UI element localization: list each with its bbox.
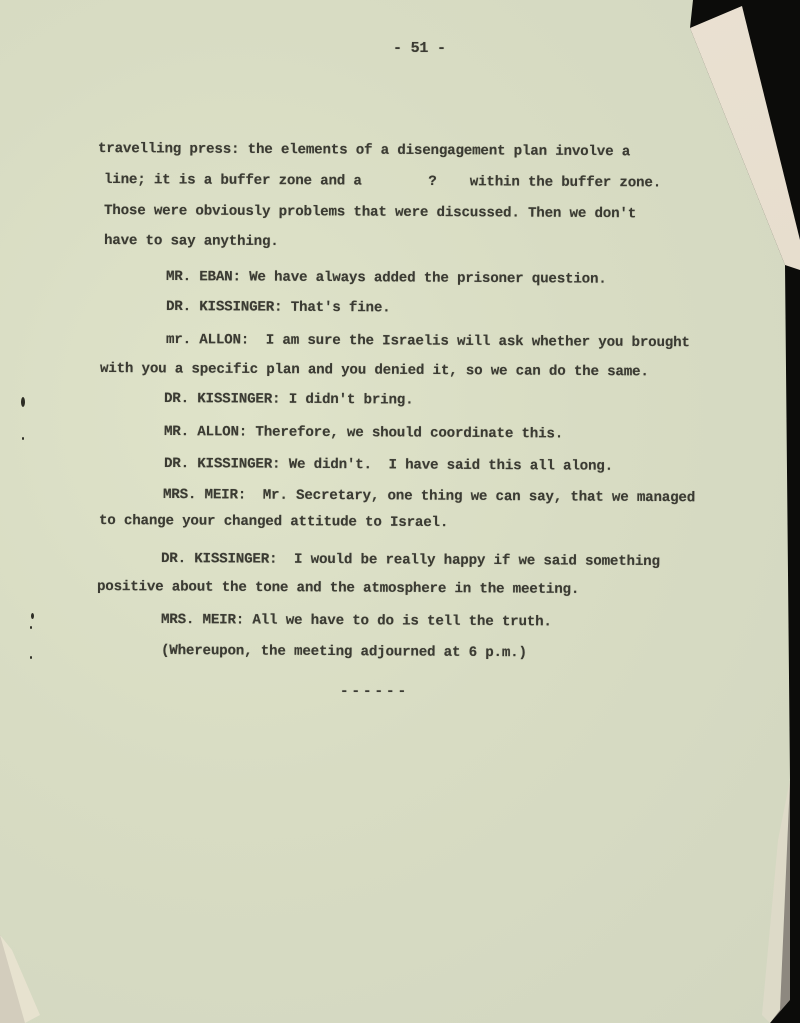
text-line: mr. ALLON: I am sure the Israelis will a… bbox=[166, 332, 690, 351]
margin-mark bbox=[30, 656, 32, 659]
text-line: line; it is a buffer zone and a ? within… bbox=[104, 172, 661, 191]
margin-mark bbox=[22, 437, 24, 440]
page-number: - 51 - bbox=[393, 40, 446, 57]
text-line: DR. KISSINGER: We didn't. I have said th… bbox=[164, 456, 613, 475]
text-line: positive about the tone and the atmosphe… bbox=[97, 579, 579, 598]
margin-mark bbox=[21, 397, 25, 407]
text-line: travelling press: the elements of a dise… bbox=[98, 141, 630, 160]
text-line: DR. KISSINGER: I didn't bring. bbox=[164, 391, 414, 409]
text-line: DR. KISSINGER: That's fine. bbox=[166, 299, 391, 316]
text-line: DR. KISSINGER: I would be really happy i… bbox=[161, 551, 660, 570]
text-line: with you a specific plan and you denied … bbox=[100, 361, 649, 380]
text-line: MR. EBAN: We have always added the priso… bbox=[166, 269, 607, 288]
text-line: have to say anything. bbox=[104, 233, 279, 250]
text-line: (Whereupon, the meeting adjourned at 6 p… bbox=[161, 643, 527, 661]
text-line: MRS. MEIR: Mr. Secretary, one thing we c… bbox=[163, 487, 695, 506]
margin-mark bbox=[31, 613, 34, 619]
margin-mark bbox=[30, 626, 32, 629]
end-divider: ------ bbox=[340, 684, 409, 700]
text-line: MRS. MEIR: All we have to do is tell the… bbox=[161, 612, 552, 630]
text-line: MR. ALLON: Therefore, we should coordina… bbox=[164, 424, 563, 442]
text-line: Those were obviously problems that were … bbox=[104, 203, 636, 222]
text-line: to change your changed attitude to Israe… bbox=[99, 513, 448, 531]
